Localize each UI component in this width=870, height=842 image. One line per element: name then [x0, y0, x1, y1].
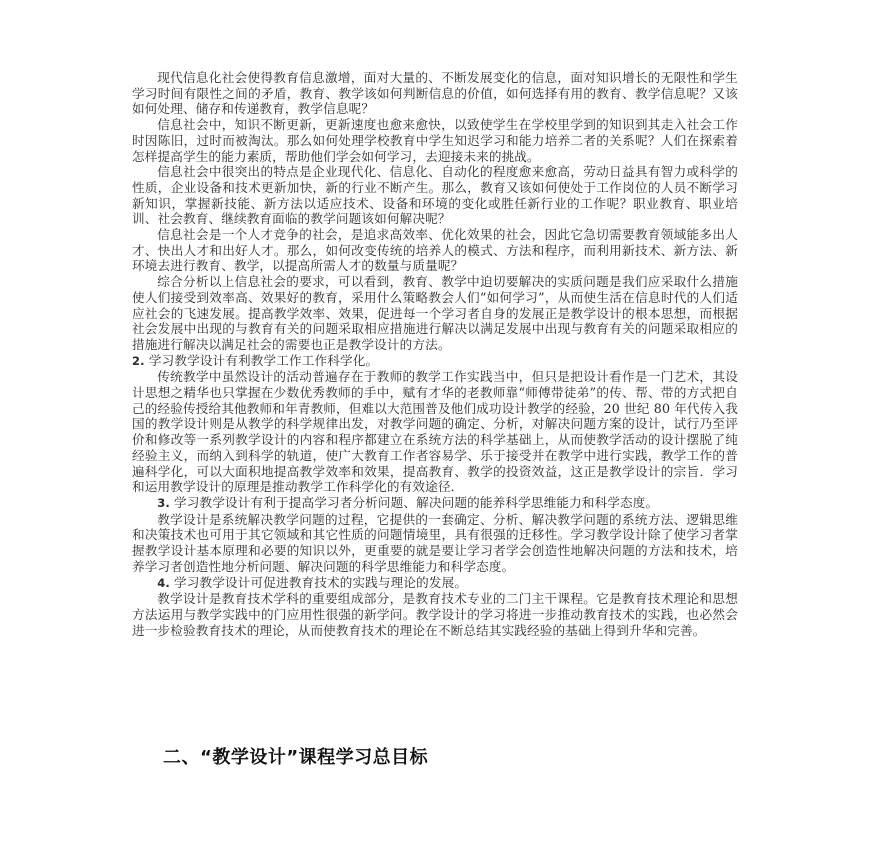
paragraph-comprehensive-analysis: 综合分析以上信息社会的要求，可以看到，教育、教学中迫切要解决的实质问题是我们应采…: [132, 274, 738, 353]
item-text: 学习教学设计有利于提高学习者分析问题、解决问题的能养科学思维能力和科学态度。: [174, 495, 658, 510]
item-text: 学习教学设计可促进教育技术的实践与理论的发展。: [174, 575, 467, 590]
paragraph-knowledge-update: 信息社会中，知识不断更新，更新速度也愈来愈快，以致使学生在学校里学到的知识到其走…: [132, 117, 738, 164]
list-item-2: 2. 学习教学设计有利教学工作工作科学化。: [132, 353, 738, 370]
paragraph-systematic-problem-solving: 教学设计是系统解决教学问题的过程，它提供的一套确定、分析、解决教学问题的系统方法…: [132, 512, 738, 575]
list-item-3: 3. 学习教学设计有利于提高学习者分析问题、解决问题的能养科学思维能力和科学态度…: [132, 495, 738, 512]
paragraph-info-explosion: 现代信息化社会使得教育信息激增，面对大量的、不断发展变化的信息，面对知识增长的无…: [132, 70, 738, 117]
item-text: 学习教学设计有利教学工作工作科学化。: [149, 353, 378, 368]
paragraph-enterprise-modernization: 信息社会中很突出的特点是企业现代化、信息化、自动化的程度愈来愈高，劳动日益具有智…: [132, 164, 738, 227]
document-page: 现代信息化社会使得教育信息激增，面对大量的、不断发展变化的信息，面对知识增长的无…: [132, 70, 738, 638]
paragraph-talent-competition: 信息社会是一个人才竞争的社会，是追求高效率、优化效果的社会，因此它急切需要教育领…: [132, 227, 738, 274]
paragraph-educational-technology: 教学设计是教育技术学科的重要组成部分，是教育技术专业的二门主干课程。它是教育技术…: [132, 591, 738, 638]
item-number: 2: [132, 354, 140, 368]
section-heading: 二、“教学设计”课程学习总目标: [163, 747, 428, 769]
paragraph-traditional-teaching: 传统教学中虽然设计的活动普遍存在于教师的教学工作实践当中，但只是把设计看作是一门…: [132, 369, 738, 495]
list-item-4: 4. 学习教学设计可促进教育技术的实践与理论的发展。: [132, 575, 738, 592]
